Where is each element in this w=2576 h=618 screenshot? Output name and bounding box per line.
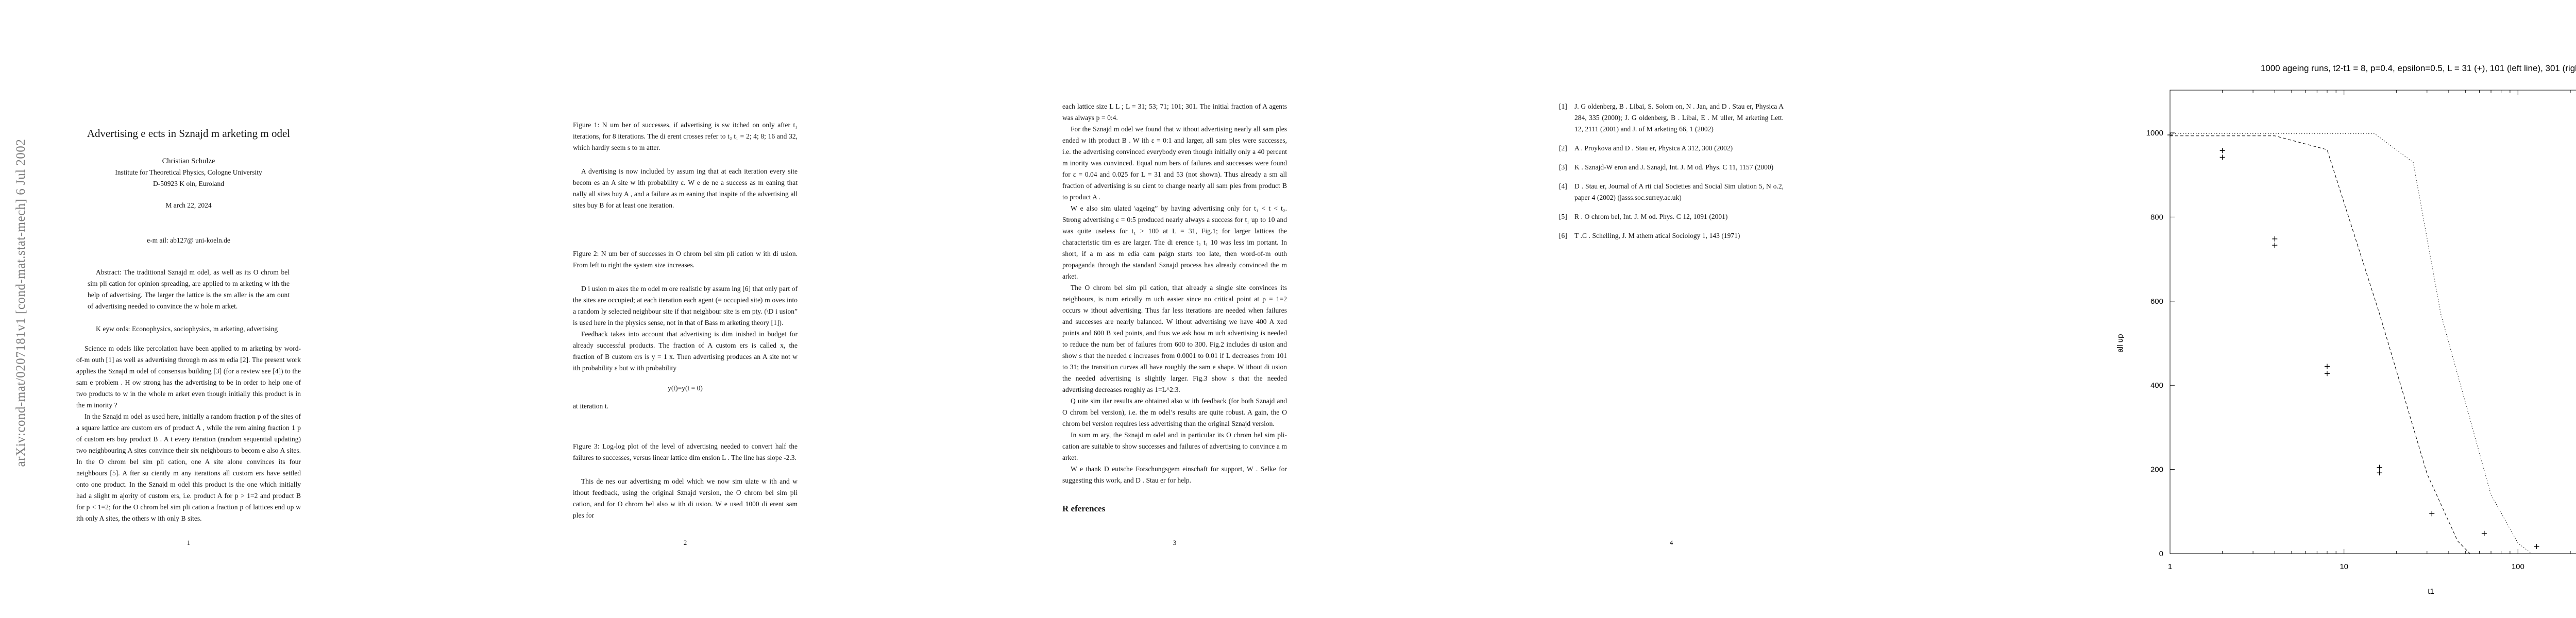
reference-text: T .C . Schelling, J. M athem atical Soci… (1574, 232, 1740, 239)
page3-paragraph-4: The O chrom bel sim pli cation, that alr… (1062, 282, 1287, 396)
reference-label: [6] (1559, 230, 1567, 242)
reference-label: [3] (1559, 162, 1567, 173)
page1-paragraph-1: Science m odels like percolation have be… (76, 343, 301, 411)
page3-paragraph-3: W e also sim ulated \ageing” by having a… (1062, 203, 1287, 282)
figure1-caption: Figure 1: N um ber of successes, if adve… (573, 119, 798, 153)
page-number-4: 4 (1559, 539, 1784, 547)
reference-text: R . O chrom bel, Int. J. M od. Phys. C 1… (1574, 213, 1727, 220)
page-3: each lattice size L L ; L = 31; 53; 71; … (1062, 101, 1287, 514)
page-number-2: 2 (573, 539, 798, 547)
author-name: Christian Schulze (76, 156, 301, 167)
svg-text:800: 800 (2150, 213, 2163, 221)
svg-text:100: 100 (2512, 562, 2524, 571)
reference-text: K . Sznajd-W eron and J. Sznajd, Int. J.… (1574, 163, 1773, 171)
page3-paragraph-5: Q uite sim ilar results are obtained als… (1062, 396, 1287, 430)
reference-item-4: [4] D . Stau er, Journal of A rti cial S… (1559, 181, 1784, 203)
page-1: Advertising e ects in Sznajd m arketing … (76, 127, 301, 524)
svg-text:1000: 1000 (2146, 129, 2163, 138)
reference-item-2: [2] A . Proykova and D . Stau er, Physic… (1559, 143, 1784, 154)
affiliation-line-2: D-50923 K oln, Euroland (76, 178, 301, 190)
svg-text:400: 400 (2150, 381, 2163, 390)
reference-text: D . Stau er, Journal of A rti cial Socie… (1574, 182, 1784, 201)
svg-text:1: 1 (2168, 562, 2172, 571)
page2-paragraph-3: Feedback takes into account that adverti… (573, 329, 798, 374)
page2-paragraph-1: A dvertising is now included by assum in… (573, 166, 798, 211)
reference-item-6: [6] T .C . Schelling, J. M athem atical … (1559, 230, 1784, 242)
reference-text: A . Proykova and D . Stau er, Physica A … (1574, 144, 1733, 152)
svg-text:t1: t1 (2428, 587, 2434, 596)
page2-paragraph-3-after: at iteration t. (573, 401, 798, 412)
keywords: K eyw ords: Econophysics, sociophysics, … (76, 323, 301, 335)
reference-label: [5] (1559, 211, 1567, 222)
ageing-plot-svg: 0200400600800100011010010001000 ageing r… (2107, 41, 2576, 618)
page2-paragraph-2: D i usion m akes the m odel m ore realis… (573, 283, 798, 329)
page2-paragraph-4: This de nes our advertising m odel which… (573, 476, 798, 521)
page-2: Figure 1: N um ber of successes, if adve… (573, 119, 798, 521)
page3-paragraph-6: In sum m ary, the Sznajd m odel and in p… (1062, 430, 1287, 463)
page3-paragraph-2: For the Sznajd m odel we found that w it… (1062, 124, 1287, 203)
page-number-1: 1 (76, 539, 301, 547)
reference-item-1: [1] J. G oldenberg, B . Libai, S. Solom … (1559, 101, 1784, 135)
abstract: Abstract: The traditional Sznajd m odel,… (76, 267, 301, 312)
page3-paragraph-7: W e thank D eutsche Forschungsgem einsch… (1062, 463, 1287, 486)
svg-text:1000 ageing runs, t2-t1 = 8, p: 1000 ageing runs, t2-t1 = 8, p=0.4, epsi… (2261, 63, 2576, 73)
svg-text:200: 200 (2150, 466, 2163, 474)
figure3-caption: Figure 3: Log-log plot of the level of a… (573, 441, 798, 463)
page1-paragraph-2: In the Sznajd m odel as used here, initi… (76, 411, 301, 524)
reference-label: [2] (1559, 143, 1567, 154)
paper-screenshot-root: { "arxiv_stamp": "arXiv:cond-mat/0207181… (0, 0, 2576, 618)
reference-label: [1] (1559, 101, 1567, 112)
reference-item-3: [3] K . Sznajd-W eron and J. Sznajd, Int… (1559, 162, 1784, 173)
reference-item-5: [5] R . O chrom bel, Int. J. M od. Phys.… (1559, 211, 1784, 222)
paper-date: M arch 22, 2024 (76, 200, 301, 211)
svg-text:10: 10 (2340, 562, 2348, 571)
svg-text:600: 600 (2150, 297, 2163, 306)
reference-label: [4] (1559, 181, 1567, 192)
paper-title: Advertising e ects in Sznajd m arketing … (76, 127, 301, 140)
svg-text:0: 0 (2159, 550, 2163, 558)
page-number-3: 3 (1062, 539, 1287, 547)
page-4: [1] J. G oldenberg, B . Libai, S. Solom … (1559, 101, 1784, 249)
affiliation-line-1: Institute for Theoretical Physics, Colog… (76, 167, 301, 178)
equation: y(t)=y(t = 0) (573, 384, 798, 392)
svg-text:all up: all up (2116, 334, 2125, 353)
page3-paragraph-1: each lattice size L L ; L = 31; 53; 71; … (1062, 101, 1287, 124)
arxiv-stamp: arXiv:cond-mat/0207181v1 [cond-mat.stat-… (14, 35, 29, 571)
figure2-caption: Figure 2: N um ber of successes in O chr… (573, 248, 798, 271)
ageing-runs-chart: 0200400600800100011010010001000 ageing r… (2107, 41, 2576, 618)
reference-text: J. G oldenberg, B . Libai, S. Solom on, … (1574, 102, 1784, 133)
author-email: e-m ail: ab127@ uni-koeln.de (76, 235, 301, 246)
references-heading: R eferences (1062, 504, 1287, 514)
